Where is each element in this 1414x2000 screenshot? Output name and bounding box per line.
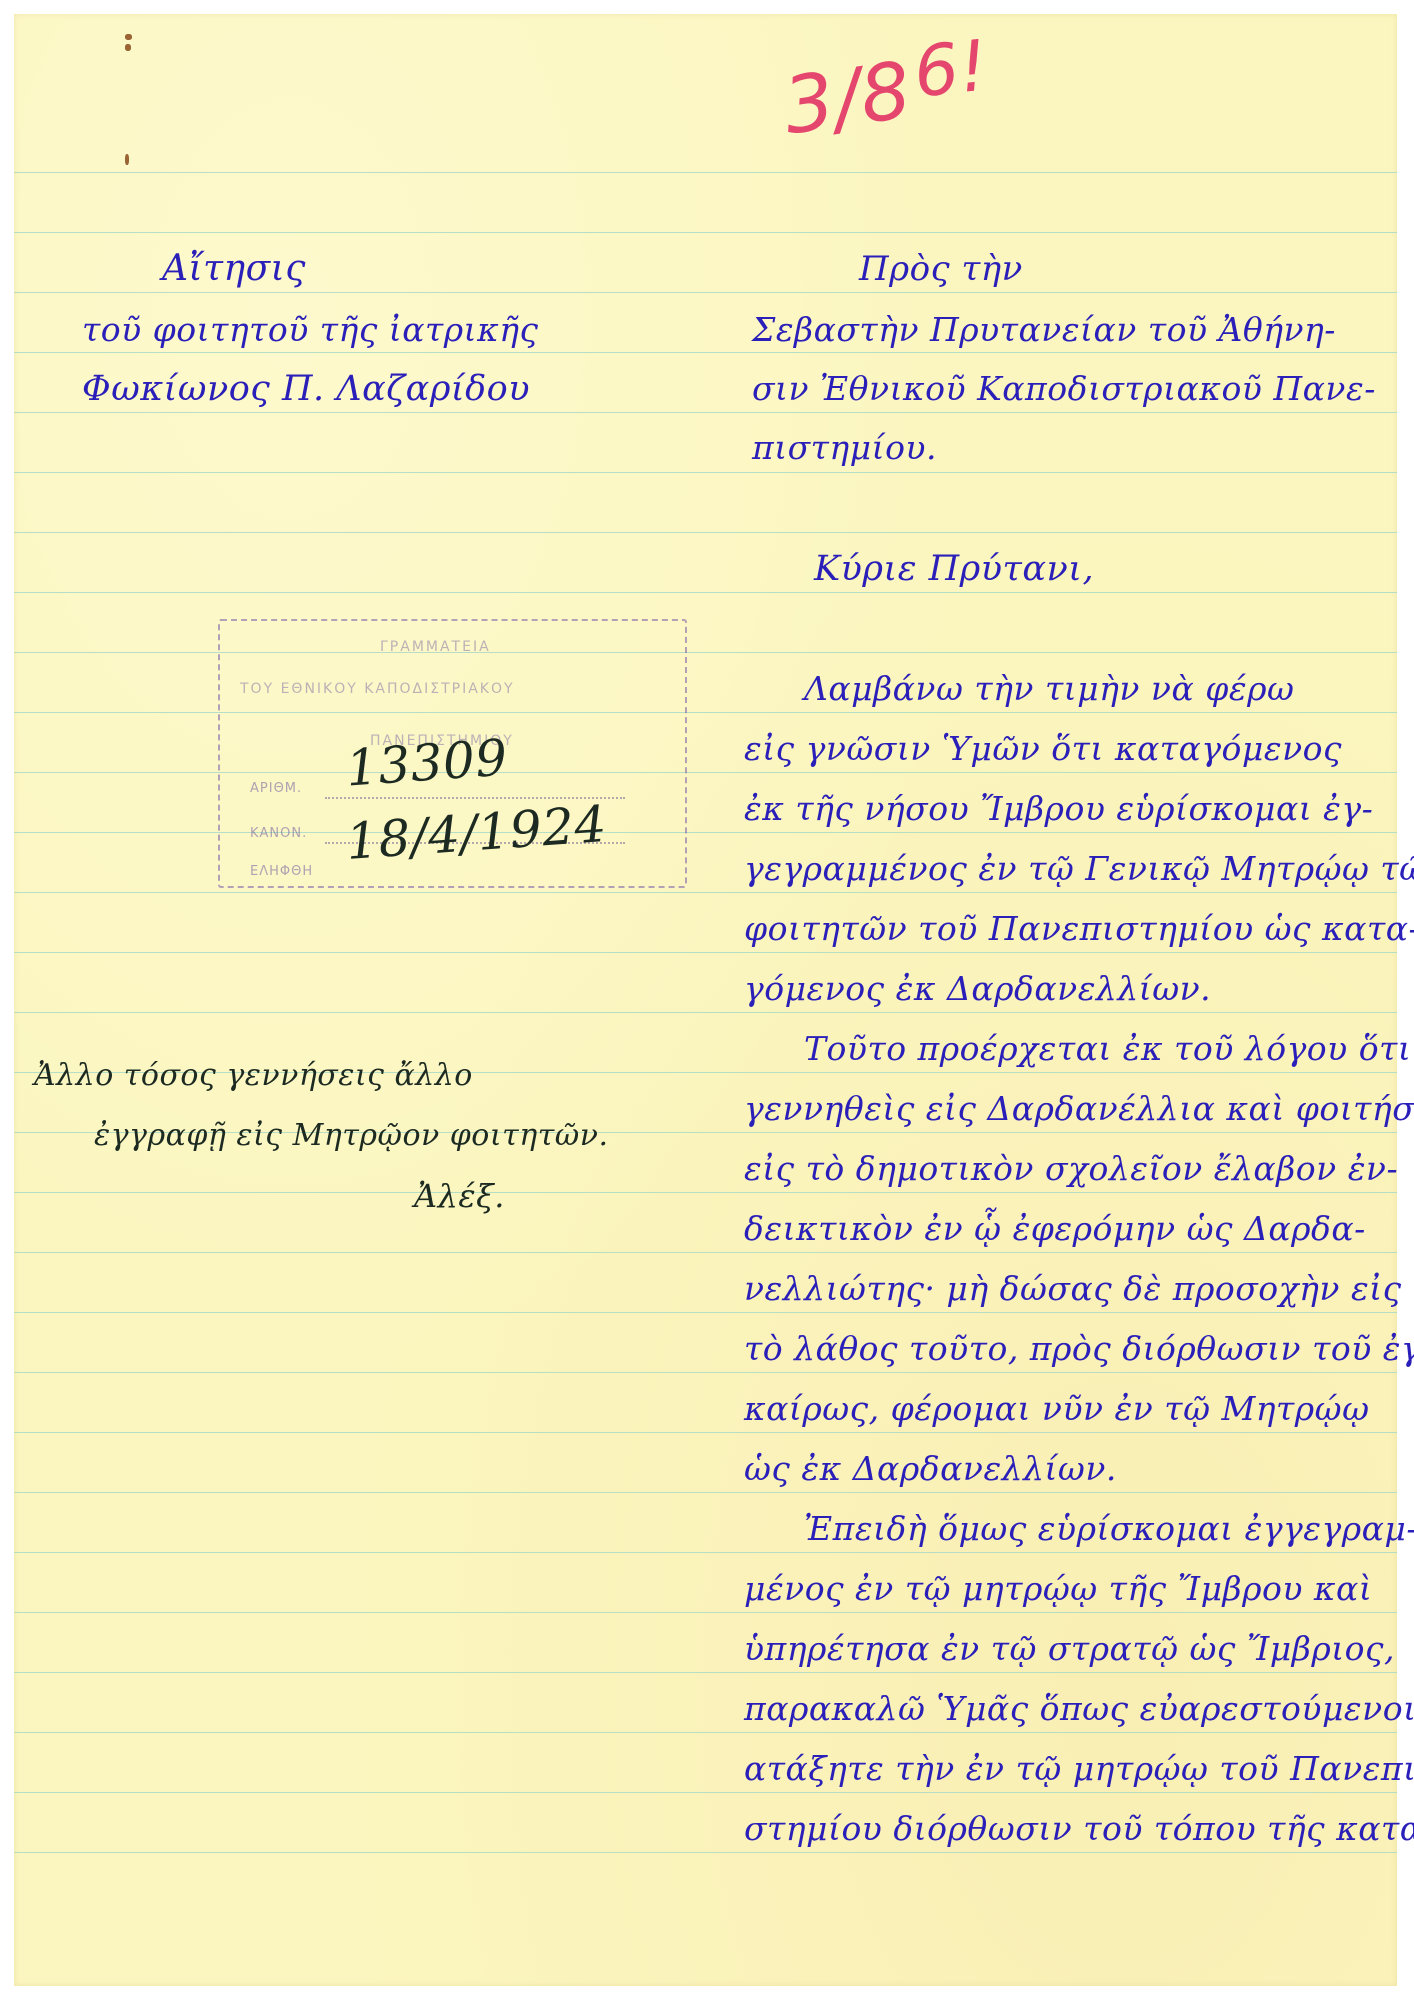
body-line: δεικτικὸν ἐν ᾧ ἐφερόμην ὡς Δαρδα-	[744, 1199, 1366, 1259]
stamp-line-1: ΓΡΑΜΜΑΤΕΙΑ	[380, 639, 491, 655]
rule-line	[14, 472, 1397, 473]
stamp-line-2: ΤΟΥ ΕΘΝΙΚΟΥ ΚΑΠΟΔΙΣΤΡΙΑΚΟΥ	[240, 681, 515, 697]
ink-spot	[125, 154, 129, 165]
ink-spot	[125, 44, 131, 51]
body-line: γεγραμμένος ἐν τῷ Γενικῷ Μητρῴῳ τῶν	[744, 839, 1414, 899]
body-line: γόμενος ἐκ Δαρδανελλίων.	[744, 959, 1211, 1019]
addressee-line-1: Πρὸς τὴν	[859, 239, 1023, 299]
body-line: εἰς γνῶσιν Ὑμῶν ὅτι καταγόμενος	[744, 719, 1342, 779]
body-line: εἰς τὸ δημοτικὸν σχολεῖον ἔλαβον ἐν-	[744, 1139, 1398, 1199]
body-line: Ἐπειδὴ ὅμως εὑρίσκομαι ἐγγεγραμ-	[804, 1499, 1414, 1559]
document-page: 3/8 6! Αἴτησις τοῦ φοιτητοῦ τῆς ἰατρικῆς…	[14, 14, 1397, 1986]
body-line: γεννηθεὶς εἰς Δαρδανέλλια καὶ φοιτήσας	[744, 1079, 1414, 1139]
rule-line	[14, 172, 1397, 173]
red-pencil-number: 6!	[910, 24, 992, 113]
body-line: Τοῦτο προέρχεται ἐκ τοῦ λόγου ὅτι	[804, 1019, 1411, 1079]
ink-spot	[125, 34, 132, 40]
petitioner-name: Φωκίωνος Π. Λαζαρίδου	[82, 359, 530, 419]
stamp-registration-number: 13309	[344, 728, 509, 797]
rule-line	[14, 1492, 1397, 1493]
salutation: Κύριε Πρύτανι,	[814, 539, 1094, 599]
addressee-line-2: Σεβαστὴν Πρυτανείαν τοῦ Ἀθήνη-	[752, 300, 1336, 360]
body-line: νελλιώτης· μὴ δώσας δὲ προσοχὴν εἰς	[744, 1259, 1402, 1319]
red-pencil-fraction: 3/8	[778, 46, 916, 153]
body-line: ὑπηρέτησα ἐν τῷ στρατῷ ὡς Ἴμβριος,	[744, 1619, 1395, 1679]
addressee-line-4: πιστημίου.	[752, 418, 937, 478]
rule-line	[14, 532, 1397, 533]
side-note-line-2: ἐγγραφῇ εἰς Μητρῷον φοιτητῶν.	[94, 1106, 609, 1166]
stamp-label-number: ΑΡΙΘΜ.	[250, 781, 302, 796]
body-line: ἐκ τῆς νήσου Ἴμβρου εὑρίσκομαι ἐγ-	[744, 779, 1373, 839]
body-line: ατάξητε τὴν ἐν τῷ μητρῴῳ τοῦ Πανεπι-	[744, 1739, 1414, 1799]
stamp-label-rule: ΚΑΝΟΝ.	[250, 826, 307, 841]
body-line: τὸ λάθος τοῦτο, πρὸς διόρθωσιν τοῦ ἐγ-	[744, 1319, 1414, 1379]
addressee-line-3: σιν Ἐθνικοῦ Καποδιστριακοῦ Πανε-	[752, 359, 1376, 419]
petitioner-line-1: τοῦ φοιτητοῦ τῆς ἰατρικῆς	[82, 300, 539, 360]
body-line: παρακαλῶ Ὑμᾶς ὅπως εὐαρεστούμενοι δι-	[744, 1679, 1414, 1739]
side-note-signature: Ἀλέξ.	[414, 1166, 505, 1226]
side-note-line-1: Ἀλλο τόσος γεννήσεις ἄλλο	[34, 1046, 473, 1106]
body-line: μένος ἐν τῷ μητρῴῳ τῆς Ἴμβρου καὶ	[744, 1559, 1372, 1619]
petition-title: Αἴτησις	[162, 239, 306, 299]
body-line: Λαμβάνω τὴν τιμὴν νὰ φέρω	[804, 659, 1294, 719]
body-line: καίρως, φέρομαι νῦν ἐν τῷ Μητρῴῳ	[744, 1379, 1370, 1439]
body-line: φοιτητῶν τοῦ Πανεπιστημίου ὡς κατα-	[744, 899, 1414, 959]
rule-line	[14, 232, 1397, 233]
body-line: ὡς ἐκ Δαρδανελλίων.	[744, 1439, 1117, 1499]
body-line: στημίου διόρθωσιν τοῦ τόπου τῆς κατα-	[744, 1799, 1414, 1859]
rule-line	[14, 592, 1397, 593]
stamp-label-received: ΕΛΗΦΘΗ	[250, 864, 313, 879]
